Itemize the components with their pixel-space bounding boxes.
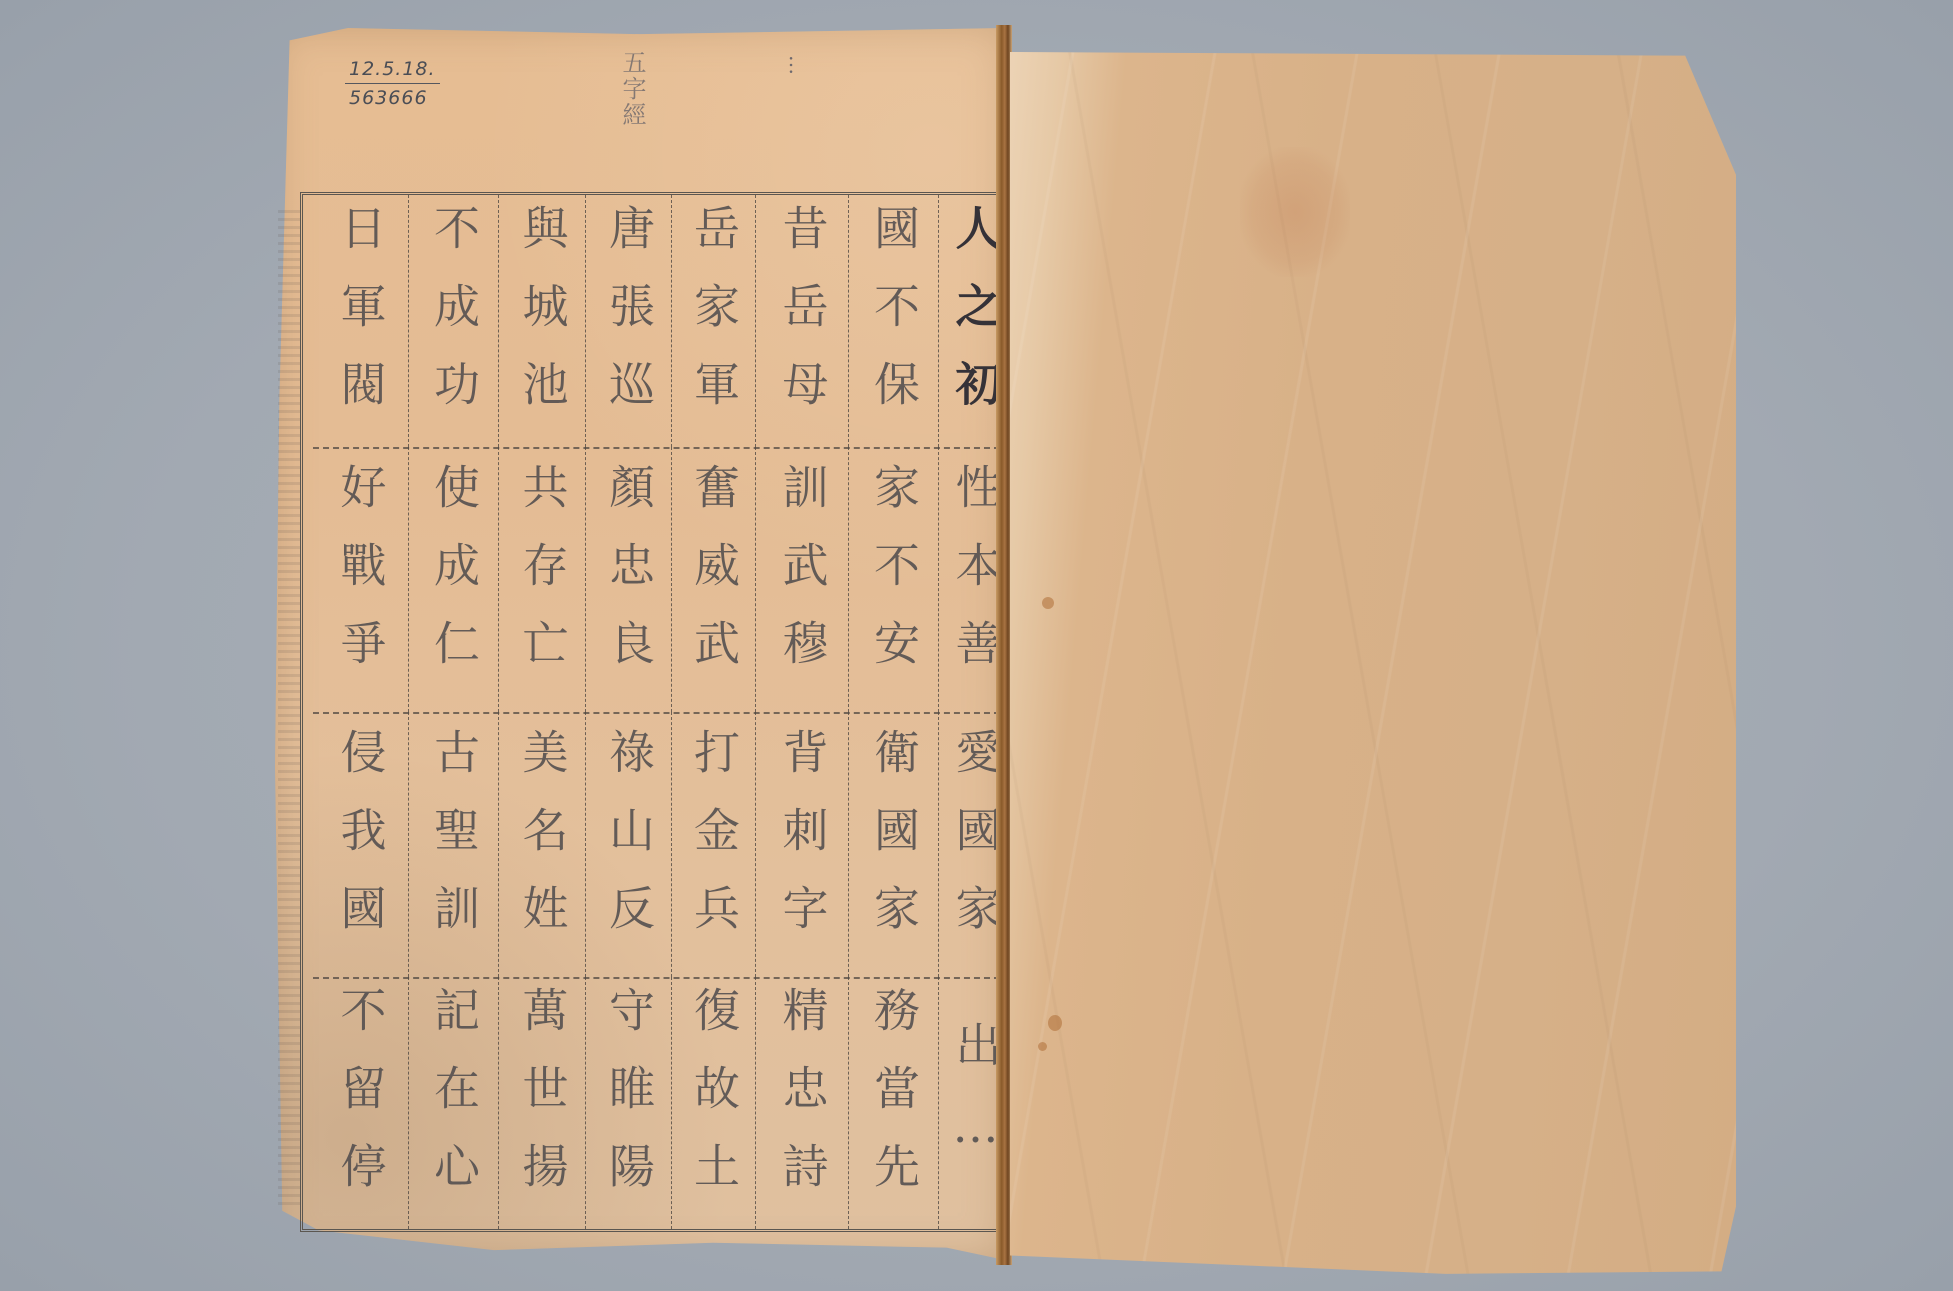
grid-cell: 與城池 — [498, 195, 586, 447]
text-grid: 人之初 國不保 昔岳母 岳家軍 唐張巡 與城池 不成功 日軍閥 性本善 家不安 … — [300, 192, 1000, 1232]
stain-spot — [1048, 1015, 1062, 1031]
grid-cell: 使成仁 — [408, 447, 499, 712]
grid-cell: 好戰爭 — [313, 447, 408, 712]
grid-cell: 萬世揚 — [498, 977, 586, 1229]
cell-text: 共存亡 — [520, 463, 566, 697]
grid-cell: 復故土 — [671, 977, 756, 1229]
cell-text: 出… — [953, 1021, 999, 1185]
cell-text: 訓武穆 — [780, 463, 826, 697]
cell-text: 唐張巡 — [606, 204, 652, 438]
stain-spot — [1038, 1042, 1047, 1051]
cell-text: 日軍閥 — [338, 204, 384, 438]
cell-text: 與城池 — [520, 204, 566, 438]
grid-cell: 日軍閥 — [313, 195, 408, 447]
faint-stamp-mark — [1240, 147, 1350, 277]
grid-cell: 奮威武 — [671, 447, 756, 712]
grid-cell: 美名姓 — [498, 712, 586, 977]
grid-cell: 守睢陽 — [585, 977, 672, 1229]
cell-text: 古聖訓 — [431, 728, 477, 962]
cell-text: 家不安 — [871, 463, 917, 697]
catalog-number-top: 12.5.18. — [345, 55, 440, 84]
catalog-number-note: 12.5.18. 563666 — [345, 55, 440, 112]
catalog-number-bottom: 563666 — [345, 87, 432, 109]
cell-text: 使成仁 — [431, 463, 477, 697]
grid-cell: 侵我國 — [313, 712, 408, 977]
grid-cell: 背刺字 — [755, 712, 849, 977]
grid-cell: 精忠詩 — [755, 977, 849, 1229]
cell-text: 守睢陽 — [606, 986, 652, 1220]
grid-cell: 共存亡 — [498, 447, 586, 712]
cell-text: 打金兵 — [691, 728, 737, 962]
cell-text: 國不保 — [871, 204, 917, 438]
grid-cell: 記在心 — [408, 977, 499, 1229]
grid-cell: 訓武穆 — [755, 447, 849, 712]
grid-row-3: 愛國家 衛國家 背刺字 打金兵 祿山反 美名姓 古聖訓 侵我國 — [313, 712, 1000, 979]
grid-cell: 昔岳母 — [755, 195, 849, 447]
grid-cell: 不留停 — [313, 977, 408, 1229]
left-edge-residue — [278, 210, 300, 1210]
cell-text: 奮威武 — [691, 463, 737, 697]
cell-text: 精忠詩 — [780, 986, 826, 1220]
grid-cell: 衛國家 — [848, 712, 939, 977]
cell-text: 愛國家 — [953, 728, 999, 962]
grid-cell: 打金兵 — [671, 712, 756, 977]
grid-row-2: 性本善 家不安 訓武穆 奮威武 顏忠良 共存亡 使成仁 好戰爭 — [313, 447, 1000, 714]
cell-text: 岳家軍 — [691, 204, 737, 438]
grid-cell: 務當先 — [848, 977, 939, 1229]
cell-text: 美名姓 — [520, 728, 566, 962]
cell-text: 萬世揚 — [520, 986, 566, 1220]
grid-row-1: 人之初 國不保 昔岳母 岳家軍 唐張巡 與城池 不成功 日軍閥 — [313, 195, 1000, 449]
cell-text: 顏忠良 — [606, 463, 652, 697]
grid-cell: 唐張巡 — [585, 195, 672, 447]
grid-cell: 不成功 — [408, 195, 499, 447]
cell-text: 衛國家 — [871, 728, 917, 962]
grid-cell: 祿山反 — [585, 712, 672, 977]
right-blank-flap — [1010, 52, 1736, 1280]
cell-text: 好戰爭 — [338, 463, 384, 697]
side-pencil-note: … — [785, 55, 809, 77]
grid-row-4: 出… 務當先 精忠詩 復故土 守睢陽 萬世揚 記在心 不留停 — [313, 977, 1000, 1229]
cell-text: 昔岳母 — [780, 204, 826, 438]
cell-text: 記在心 — [431, 986, 477, 1220]
grid-cell: 古聖訓 — [408, 712, 499, 977]
cell-text: 背刺字 — [780, 728, 826, 962]
cell-text: 性本善 — [953, 463, 999, 697]
grid-cell: 家不安 — [848, 447, 939, 712]
cell-text: 不留停 — [338, 986, 384, 1220]
cell-text: 人之初 — [953, 204, 999, 438]
spine-fold — [996, 25, 1012, 1265]
cell-text: 復故土 — [691, 986, 737, 1220]
cell-text: 侵我國 — [338, 728, 384, 962]
cell-text: 祿山反 — [606, 728, 652, 962]
grid-cell: 國不保 — [848, 195, 939, 447]
stain-spot — [1042, 597, 1054, 609]
title-pencil-note: 五字經 — [615, 50, 650, 128]
cell-text: 不成功 — [431, 204, 477, 438]
grid-cell: 顏忠良 — [585, 447, 672, 712]
cell-text: 務當先 — [871, 986, 917, 1220]
grid-cell: 岳家軍 — [671, 195, 756, 447]
